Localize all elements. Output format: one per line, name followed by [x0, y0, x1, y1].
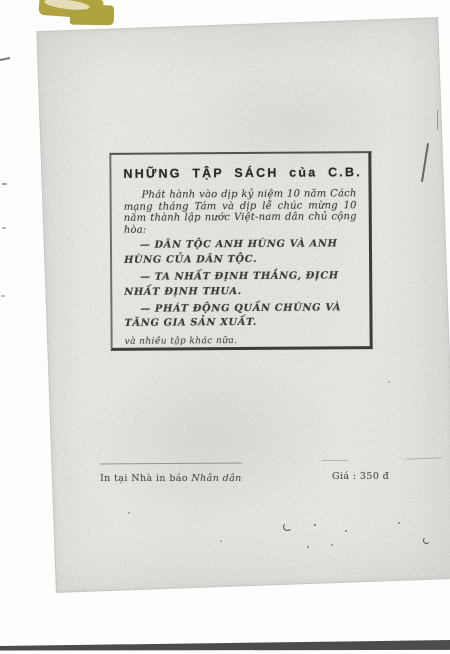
printer-credit-text: In tại Nhà in báo — [100, 473, 191, 484]
intro-paragraph: Phát hành vào dịp kỷ niệm 10 năm Cách mạ… — [124, 188, 357, 236]
box-title: NHỮNG TẬP SÁCH của C.B. — [123, 165, 356, 181]
printer-name: Nhân dân — [191, 473, 241, 484]
book-list-item: — TA NHẤT ĐỊNH THẮNG, ĐỊCH NHẤT ĐỊNH THU… — [124, 269, 357, 300]
library-sticker — [36, 0, 116, 29]
scan-scratch — [0, 57, 10, 61]
scan-scratch — [1, 295, 5, 297]
book-list-item: — DÂN TỘC ANH HÙNG VÀ ANH HÙNG CỦA DÂN T… — [124, 238, 357, 269]
scanner-bar — [0, 640, 450, 651]
book-list-item: — PHÁT ĐỘNG QUẦN CHÚNG VÀ TĂNG GIA SẢN X… — [124, 301, 357, 332]
scanned-book-cover: NHỮNG TẬP SÁCH của C.B. Phát hành vào dị… — [0, 0, 450, 654]
more-titles-note: và nhiều tập khác nữa. — [125, 335, 358, 347]
scan-scratch — [2, 183, 7, 185]
scan-scratch — [2, 227, 6, 229]
publisher-box: NHỮNG TẬP SÁCH của C.B. Phát hành vào dị… — [109, 151, 372, 351]
imprint-row: In tại Nhà in báo Nhân dân Giá : 350 đ — [0, 473, 450, 489]
price-label: Giá : 350 đ — [332, 471, 389, 482]
rule-line — [322, 460, 348, 461]
book-list: — DÂN TỘC ANH HÙNG VÀ ANH HÙNG CỦA DÂN T… — [124, 238, 358, 332]
printer-credit: In tại Nhà in báo Nhân dân — [100, 473, 242, 484]
